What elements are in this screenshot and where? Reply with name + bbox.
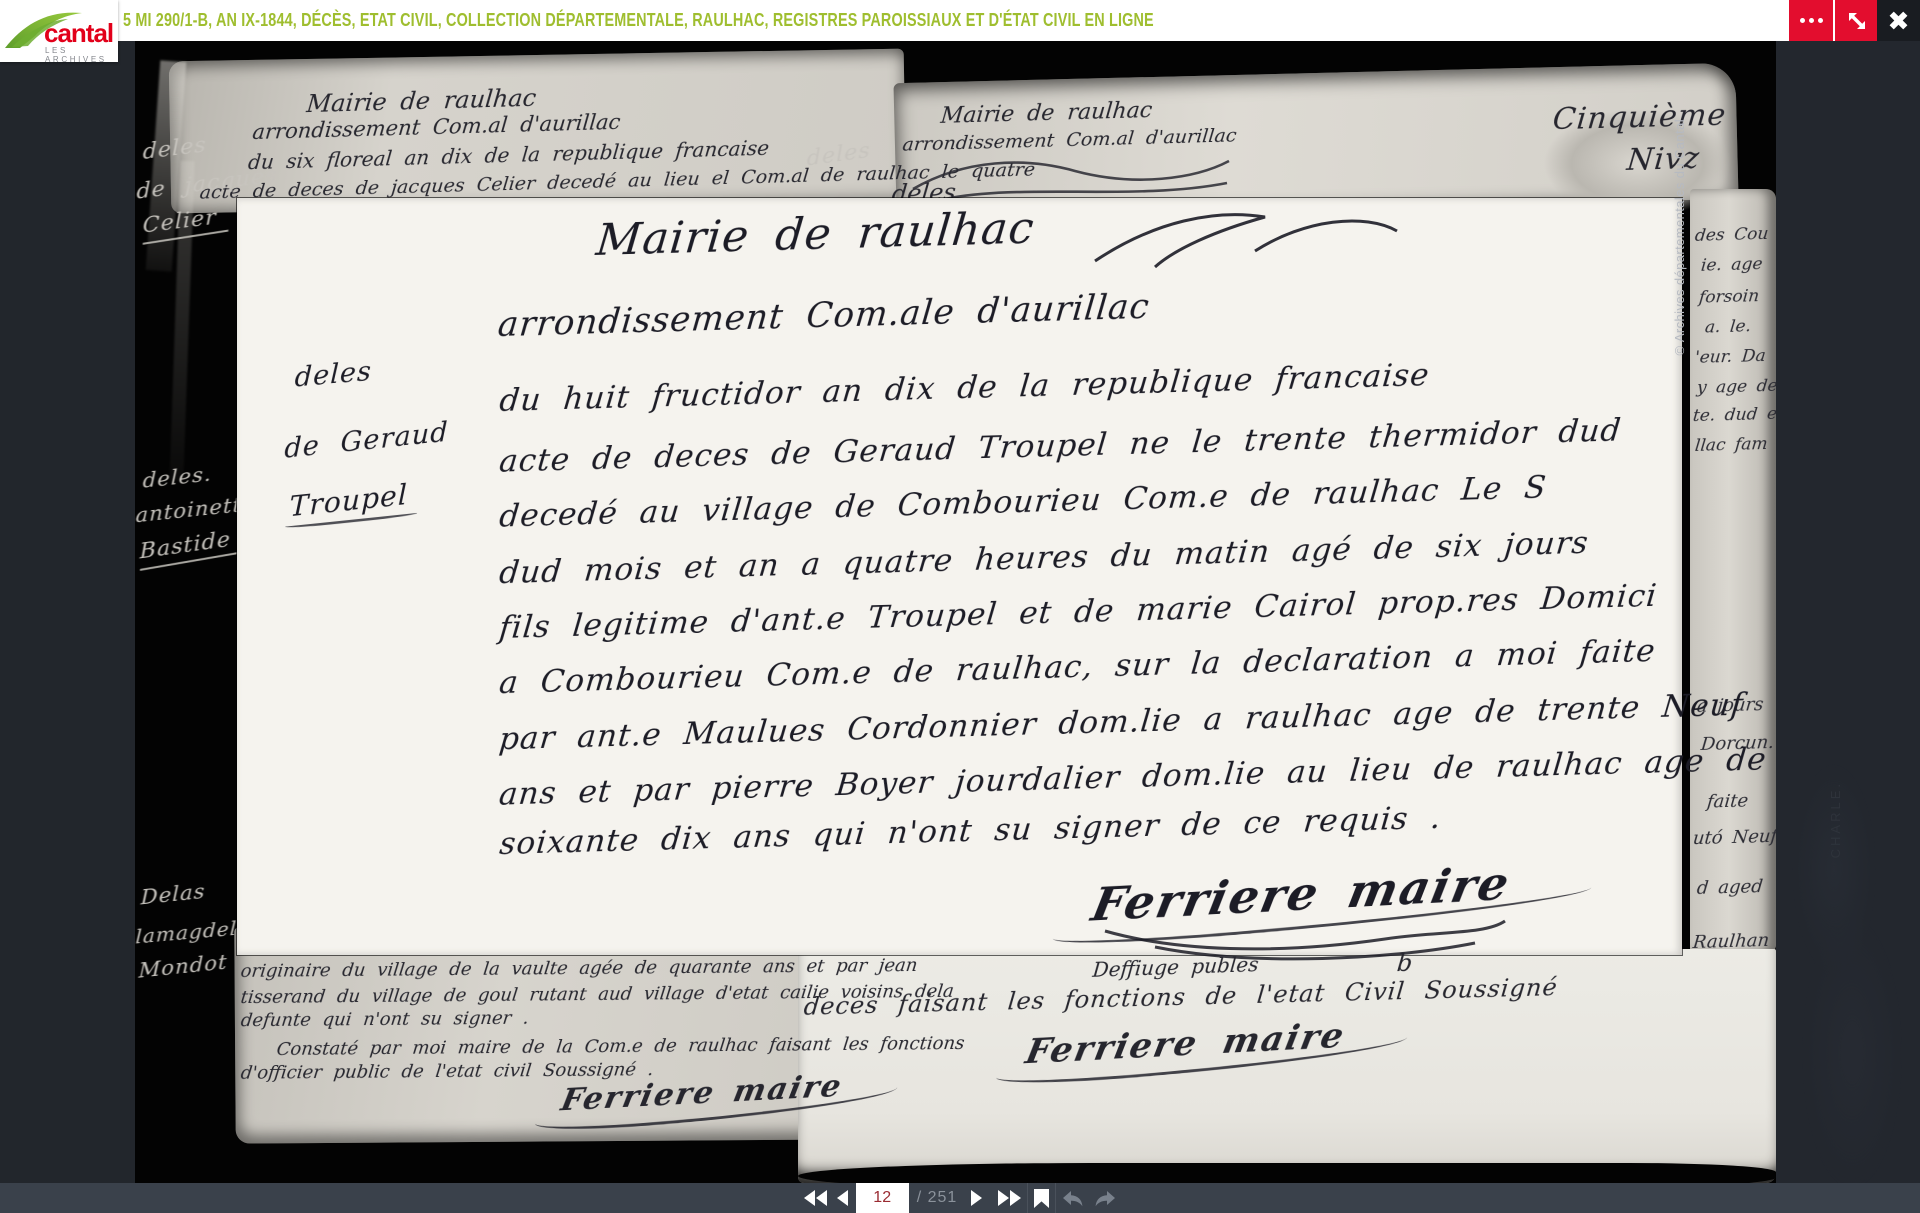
- previous-page-button[interactable]: [837, 1183, 848, 1213]
- fullscreen-button[interactable]: [1834, 0, 1878, 41]
- left-arrow-icon: [837, 1190, 848, 1206]
- sidebar-watermark-figure: [1786, 731, 1906, 1191]
- handwriting-line: b: [1396, 951, 1415, 975]
- logo-tagline: LES ARCHIVES: [45, 46, 118, 64]
- cantal-archives-logo[interactable]: cantal LES ARCHIVES: [0, 0, 118, 62]
- close-button[interactable]: [1877, 0, 1920, 41]
- next-page-button[interactable]: [971, 1183, 982, 1213]
- archive-viewer-app: Mairie de raulhacarrondissement Com.al d…: [0, 0, 1920, 1213]
- copyright-label: © Archives départementales du Cantal: [1672, 119, 1912, 355]
- ellipsis-icon: [1800, 18, 1823, 23]
- page-total-label: / 251: [917, 1189, 958, 1207]
- handwriting-line: Ferriere maire: [1023, 1019, 1349, 1069]
- header-bar: 5 MI 290/1-B, AN IX-1844, DÉCÈS, ETAT CI…: [0, 0, 1920, 41]
- more-options-button[interactable]: [1789, 0, 1833, 41]
- right-arrow-icon: [971, 1190, 982, 1206]
- handwriting-line: deces faisant les fonctions de l'etat Ci…: [803, 975, 1559, 1019]
- logo-wordmark: cantal: [44, 18, 113, 49]
- first-page-button[interactable]: [804, 1183, 827, 1213]
- document-title: 5 MI 290/1-B, AN IX-1844, DÉCÈS, ETAT CI…: [123, 0, 1154, 41]
- double-left-arrow-icon: [804, 1190, 827, 1206]
- bookmark-button[interactable]: [1034, 1183, 1049, 1213]
- handwriting-line: Deffiuge publes: [1092, 954, 1260, 980]
- toolbar-divider: [1027, 1183, 1028, 1213]
- expand-arrows-icon: [1845, 9, 1869, 33]
- right-sidebar: CHARLE. © Archives départementales du Ca…: [1776, 41, 1920, 1213]
- redo-arrow-icon: [1094, 1190, 1116, 1207]
- scanned-register-image[interactable]: Mairie de raulhacarrondissement Com.al d…: [135, 41, 1776, 1183]
- toolbar-divider: [1055, 1183, 1056, 1213]
- bookmark-icon: [1034, 1189, 1049, 1208]
- page-number-input[interactable]: [856, 1183, 909, 1213]
- double-right-arrow-icon: [998, 1190, 1021, 1206]
- undo-button[interactable]: [1062, 1183, 1084, 1213]
- last-page-button[interactable]: [998, 1183, 1021, 1213]
- navigation-toolbar: / 251: [0, 1183, 1920, 1213]
- sidebar-watermark-text: CHARLE.: [1828, 781, 1843, 858]
- image-viewer: Mairie de raulhacarrondissement Com.al d…: [0, 41, 1776, 1183]
- redo-button[interactable]: [1094, 1183, 1116, 1213]
- undo-arrow-icon: [1062, 1190, 1084, 1207]
- close-icon: [1888, 10, 1909, 31]
- bottom-right-text: Deffiuge publesbdeces faisant les foncti…: [135, 41, 1776, 1183]
